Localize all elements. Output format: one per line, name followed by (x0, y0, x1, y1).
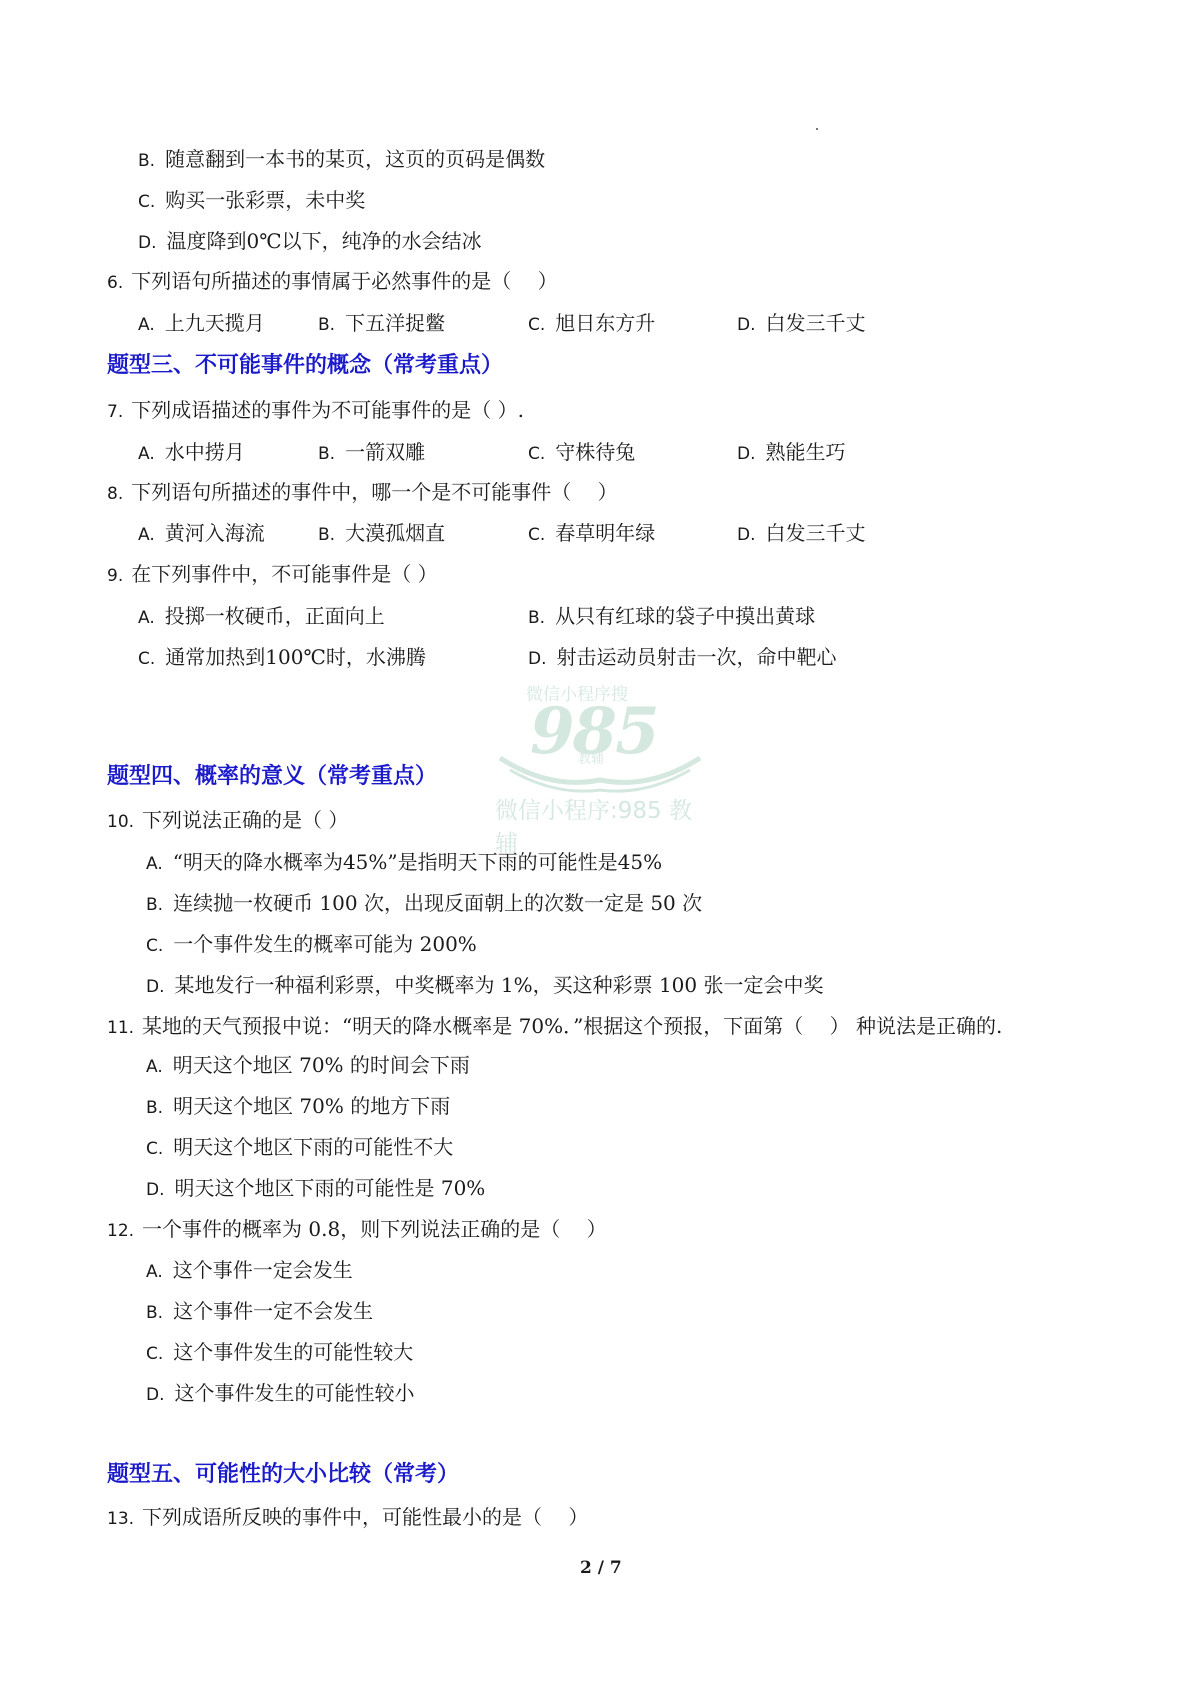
question-text: 下列说法正确的是（ ） (142, 808, 348, 832)
q10-option-b: B.连续抛一枚硬币 100 次，出现反面朝上的次数一定是 50 次 (146, 890, 702, 918)
option-text: 随意翻到一本书的某页，这页的页码是偶数 (165, 147, 545, 171)
option-label: D. (528, 649, 547, 669)
watermark-top-text: 微信小程序搜 (526, 680, 628, 705)
option-text: 这个事件一定会发生 (173, 1258, 353, 1282)
q10-option-c: C.一个事件发生的概率可能为 200% (146, 931, 477, 959)
question-number: 9. (107, 566, 123, 586)
option-label: C. (528, 444, 545, 464)
q8-option-c: C.春草明年绿 (528, 520, 655, 548)
option-text: 守株待兔 (555, 440, 635, 464)
section-heading-5: 题型五、可能性的大小比较（常考） (107, 1461, 459, 1489)
option-label: C. (146, 936, 163, 956)
q6-option-a: A.上九天揽月 (138, 310, 265, 338)
option-text: 上九天揽月 (165, 311, 265, 335)
option-label: D. (138, 233, 157, 253)
option-text: 一箭双雕 (345, 440, 425, 464)
option-text: 明天这个地区下雨的可能性是 70% (175, 1176, 486, 1200)
q9-option-d: D.射击运动员射击一次，命中靶心 (528, 644, 837, 672)
question-7: 7.下列成语描述的事件为不可能事件的是（ ）. (107, 397, 524, 425)
watermark-sub-text: 教辅 (578, 748, 604, 767)
option-label: A. (146, 1262, 163, 1282)
option-label: D. (146, 1385, 165, 1405)
option-text: 这个事件发生的可能性较大 (173, 1340, 413, 1364)
option-text: 明天这个地区下雨的可能性不大 (173, 1135, 453, 1159)
q6-option-d: D.白发三千丈 (737, 310, 866, 338)
option-text: 某地发行一种福利彩票，中奖概率为 1%，买这种彩票 100 张一定会中奖 (175, 973, 824, 997)
option-text: 明天这个地区 70% 的地方下雨 (173, 1094, 450, 1118)
q7-option-a: A.水中捞月 (138, 439, 245, 467)
option-label: B. (318, 525, 335, 545)
option-label: C. (146, 1344, 163, 1364)
question-10: 10.下列说法正确的是（ ） (107, 807, 348, 835)
question-number: 11. (107, 1018, 134, 1038)
option-text: 通常加热到100℃时，水沸腾 (165, 645, 426, 669)
option-text: 投掷一枚硬币，正面向上 (165, 604, 385, 628)
question-11: 11.某地的天气预报中说：“明天的降水概率是 70%．”根据这个预报，下面第（ … (107, 1013, 1002, 1041)
option-label: D. (737, 444, 756, 464)
option-label: B. (146, 1303, 163, 1323)
option-text: 温度降到0℃以下，纯净的水会结冰 (167, 229, 482, 253)
q5-option-d: D.温度降到0℃以下，纯净的水会结冰 (138, 228, 482, 256)
q11-option-b: B.明天这个地区 70% 的地方下雨 (146, 1093, 450, 1121)
watermark-number: 985 (530, 694, 658, 769)
option-text: “明天的降水概率为45%”是指明天下雨的可能性是45% (173, 850, 662, 874)
option-label: B. (138, 151, 155, 171)
option-label: C. (528, 315, 545, 335)
option-text: 这个事件一定不会发生 (173, 1299, 373, 1323)
option-text: 白发三千丈 (766, 521, 866, 545)
q12-option-a: A.这个事件一定会发生 (146, 1257, 353, 1285)
option-text: 购买一张彩票，未中奖 (165, 188, 365, 212)
question-13: 13.下列成语所反映的事件中，可能性最小的是（ ） (107, 1504, 588, 1532)
question-6: 6.下列语句所描述的事情属于必然事件的是（ ） (107, 268, 558, 296)
question-text: 一个事件的概率为 0.8，则下列说法正确的是（ ） (142, 1217, 607, 1241)
q7-option-c: C.守株待兔 (528, 439, 635, 467)
option-text: 这个事件发生的可能性较小 (175, 1381, 415, 1405)
question-number: 6. (107, 273, 123, 293)
option-label: D. (146, 1180, 165, 1200)
q5-option-b: B.随意翻到一本书的某页，这页的页码是偶数 (138, 146, 545, 174)
option-text: 熟能生巧 (766, 440, 846, 464)
q6-option-c: C.旭日东方升 (528, 310, 655, 338)
option-text: 白发三千丈 (766, 311, 866, 335)
option-label: A. (138, 315, 155, 335)
option-label: B. (528, 608, 545, 628)
q12-option-c: C.这个事件发生的可能性较大 (146, 1339, 413, 1367)
q9-option-b: B.从只有红球的袋子中摸出黄球 (528, 603, 815, 631)
option-label: C. (138, 192, 155, 212)
option-label: B. (146, 1098, 163, 1118)
question-text: 某地的天气预报中说：“明天的降水概率是 70%．”根据这个预报，下面第（ ） 种… (142, 1014, 1002, 1038)
option-text: 射击运动员射击一次，命中靶心 (557, 645, 837, 669)
q9-option-c: C.通常加热到100℃时，水沸腾 (138, 644, 426, 672)
question-12: 12.一个事件的概率为 0.8，则下列说法正确的是（ ） (107, 1216, 607, 1244)
option-text: 从只有红球的袋子中摸出黄球 (555, 604, 815, 628)
question-number: 7. (107, 402, 123, 422)
question-text: 下列语句所描述的事件中，哪一个是不可能事件（ ） (131, 480, 617, 504)
option-text: 黄河入海流 (165, 521, 265, 545)
q8-option-a: A.黄河入海流 (138, 520, 265, 548)
option-label: C. (146, 1139, 163, 1159)
option-text: 连续抛一枚硬币 100 次，出现反面朝上的次数一定是 50 次 (173, 891, 702, 915)
question-text: 下列成语所反映的事件中，可能性最小的是（ ） (142, 1505, 588, 1529)
question-text: 下列成语描述的事件为不可能事件的是（ ）. (131, 398, 524, 422)
q5-option-c: C.购买一张彩票，未中奖 (138, 187, 365, 215)
question-number: 8. (107, 484, 123, 504)
question-9: 9.在下列事件中，不可能事件是（ ） (107, 561, 438, 589)
question-text: 在下列事件中，不可能事件是（ ） (131, 562, 437, 586)
q10-option-a: A.“明天的降水概率为45%”是指明天下雨的可能性是45% (146, 849, 662, 877)
option-text: 一个事件发生的概率可能为 200% (173, 932, 477, 956)
question-number: 10. (107, 812, 134, 832)
question-number: 13. (107, 1509, 134, 1529)
option-label: D. (737, 525, 756, 545)
option-label: D. (146, 977, 165, 997)
option-label: A. (146, 854, 163, 874)
q12-option-b: B.这个事件一定不会发生 (146, 1298, 373, 1326)
section-heading-3: 题型三、不可能事件的概念（常考重点） (107, 352, 503, 380)
q11-option-a: A.明天这个地区 70% 的时间会下雨 (146, 1052, 470, 1080)
question-text: 下列语句所描述的事情属于必然事件的是（ ） (131, 269, 557, 293)
option-label: A. (146, 1057, 163, 1077)
q11-option-c: C.明天这个地区下雨的可能性不大 (146, 1134, 453, 1162)
q9-option-a: A.投掷一枚硬币，正面向上 (138, 603, 385, 631)
option-label: A. (138, 525, 155, 545)
q6-option-b: B.下五洋捉鳖 (318, 310, 445, 338)
option-label: C. (528, 525, 545, 545)
option-label: B. (318, 315, 335, 335)
page-number: 2 / 7 (580, 1558, 622, 1578)
option-label: A. (138, 444, 155, 464)
option-label: B. (318, 444, 335, 464)
option-text: 大漠孤烟直 (345, 521, 445, 545)
section-heading-4: 题型四、概率的意义（常考重点） (107, 763, 437, 791)
q11-option-d: D.明天这个地区下雨的可能性是 70% (146, 1175, 485, 1203)
option-text: 旭日东方升 (555, 311, 655, 335)
q10-option-d: D.某地发行一种福利彩票，中奖概率为 1%，买这种彩票 100 张一定会中奖 (146, 972, 823, 1000)
q7-option-d: D.熟能生巧 (737, 439, 846, 467)
stray-dot (816, 128, 818, 130)
option-text: 春草明年绿 (555, 521, 655, 545)
q7-option-b: B.一箭双雕 (318, 439, 425, 467)
option-label: D. (737, 315, 756, 335)
q12-option-d: D.这个事件发生的可能性较小 (146, 1380, 415, 1408)
option-label: C. (138, 649, 155, 669)
option-label: A. (138, 608, 155, 628)
question-number: 12. (107, 1221, 134, 1241)
q8-option-b: B.大漠孤烟直 (318, 520, 445, 548)
watermark: 微信小程序搜 985 教辅 微信小程序:985 教辅 (490, 680, 710, 830)
option-text: 下五洋捉鳖 (345, 311, 445, 335)
open-book-icon (490, 750, 710, 800)
option-label: B. (146, 895, 163, 915)
question-8: 8.下列语句所描述的事件中，哪一个是不可能事件（ ） (107, 479, 618, 507)
option-text: 水中捞月 (165, 440, 245, 464)
option-text: 明天这个地区 70% 的时间会下雨 (173, 1053, 470, 1077)
q8-option-d: D.白发三千丈 (737, 520, 866, 548)
